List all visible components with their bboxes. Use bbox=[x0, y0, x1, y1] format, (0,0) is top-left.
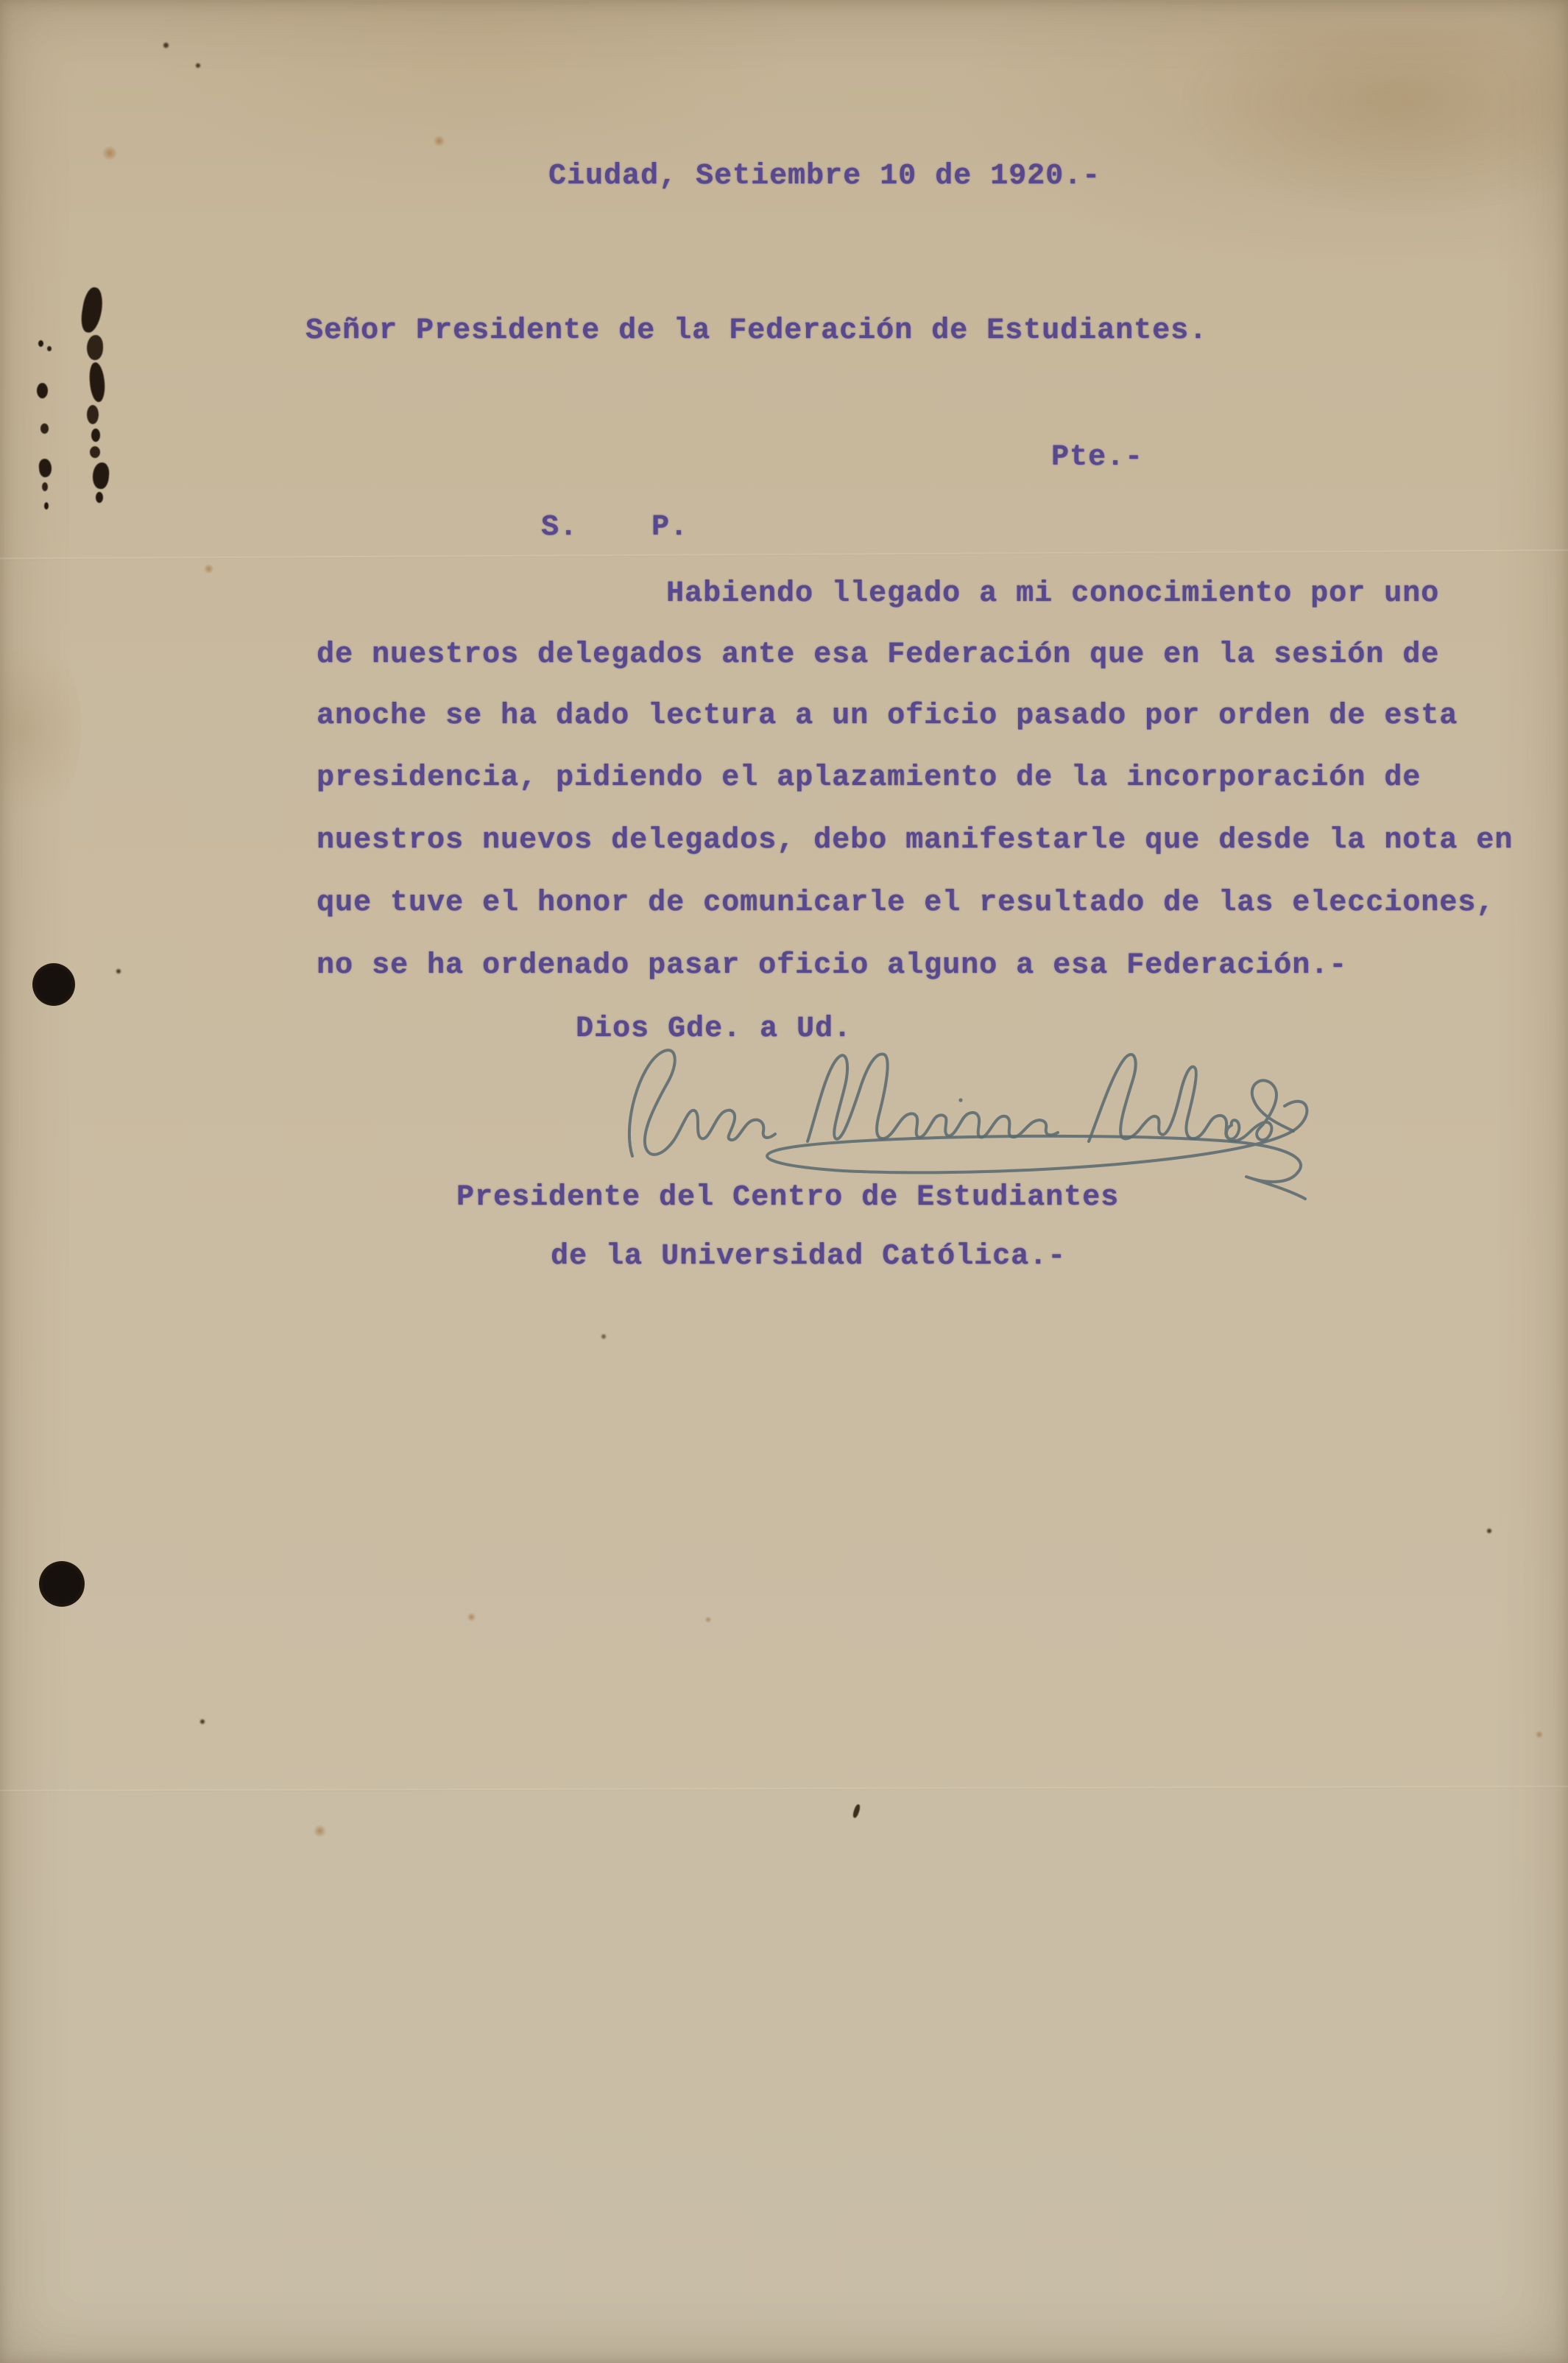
salutation: S. P. bbox=[541, 512, 688, 544]
ink-blot bbox=[87, 405, 99, 424]
ink-mark bbox=[852, 1803, 861, 1818]
foxing-spot bbox=[433, 135, 445, 147]
letter-page: Ciudad, Setiembre 10 de 1920.- Señor Pre… bbox=[0, 0, 1568, 2363]
speck bbox=[116, 969, 121, 973]
body-line: nuestros nuevos delegados, debo manifest… bbox=[317, 825, 1513, 857]
speck bbox=[1487, 1529, 1491, 1533]
recipient-line: Señor Presidente de la Federación de Est… bbox=[306, 315, 1207, 348]
ink-blot bbox=[91, 429, 100, 442]
ink-blot bbox=[37, 383, 48, 398]
crease-line bbox=[0, 549, 1568, 560]
ink-blot bbox=[87, 335, 103, 360]
ink-blot bbox=[38, 458, 53, 478]
body-line: que tuve el honor de comunicarle el resu… bbox=[317, 887, 1494, 920]
ink-blot bbox=[44, 502, 49, 510]
ink-blot bbox=[38, 340, 43, 347]
ink-blot bbox=[91, 462, 110, 490]
body-line: anoche se ha dado lectura a un oficio pa… bbox=[317, 700, 1458, 733]
signer-title-line-2: de la Universidad Católica.- bbox=[551, 1241, 1066, 1273]
ink-blot bbox=[90, 446, 100, 458]
punch-hole bbox=[32, 963, 75, 1006]
ink-blot bbox=[79, 286, 105, 334]
ink-blot bbox=[47, 346, 52, 351]
speck bbox=[163, 43, 169, 48]
speck bbox=[200, 1719, 205, 1724]
body-line: no se ha ordenado pasar oficio alguno a … bbox=[317, 950, 1347, 982]
speck bbox=[196, 63, 200, 68]
paper-stain bbox=[0, 626, 81, 832]
speck bbox=[601, 1334, 606, 1339]
body-line: de nuestros delegados ante esa Federació… bbox=[317, 639, 1439, 672]
ghost-text-impression bbox=[1178, 29, 1561, 214]
ink-blot bbox=[42, 482, 48, 491]
foxing-spot bbox=[102, 146, 118, 161]
ink-blot bbox=[88, 362, 106, 402]
punch-hole bbox=[39, 1561, 85, 1607]
crease-line bbox=[0, 1786, 1568, 1792]
ink-blot bbox=[96, 492, 103, 503]
signer-title-line-1: Presidente del Centro de Estudiantes bbox=[456, 1182, 1119, 1214]
foxing-spot bbox=[704, 1616, 712, 1623]
dateline: Ciudad, Setiembre 10 de 1920.- bbox=[548, 161, 1101, 193]
foxing-spot bbox=[313, 1825, 327, 1837]
body-line: presidencia, pidiendo el aplazamiento de… bbox=[317, 762, 1421, 795]
foxing-spot bbox=[1535, 1730, 1544, 1739]
foxing-spot bbox=[203, 564, 214, 574]
ink-blot bbox=[40, 423, 49, 434]
body-line: Habiendo llegado a mi conocimiento por u… bbox=[666, 578, 1439, 610]
place-note: Pte.- bbox=[1051, 442, 1143, 474]
foxing-spot bbox=[467, 1613, 476, 1621]
